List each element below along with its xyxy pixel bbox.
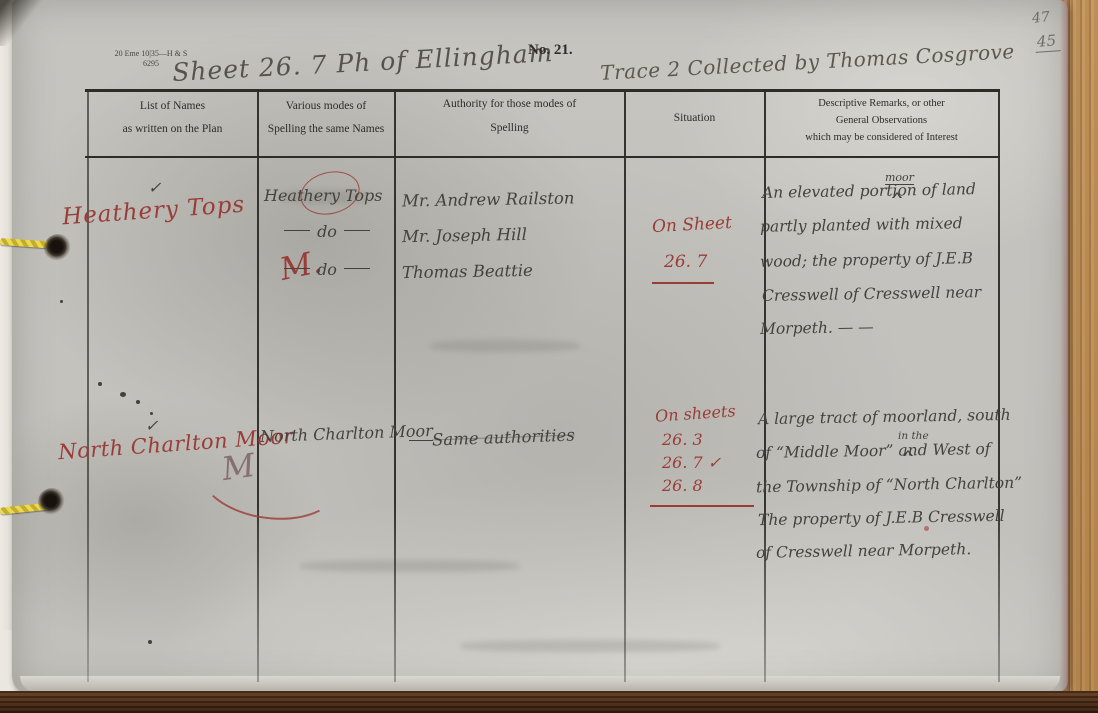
paper-speck <box>120 392 126 397</box>
ink-bleed-smudge <box>300 560 520 572</box>
column-header-names: List of Names as written on the Plan <box>88 100 257 135</box>
paper-speck <box>60 300 63 303</box>
situation-row2-line3: 26. 7 ✓ <box>662 453 721 472</box>
situation-row2-line4: 26. 8 <box>662 476 703 495</box>
spelling-row1-ditto2: do <box>262 260 392 280</box>
header-line: as written on the Plan <box>88 123 257 135</box>
binding-hole-top <box>44 234 72 262</box>
header-line: which may be considered of Interest <box>765 130 998 147</box>
situation-row1-line2: 26. 7 <box>664 252 707 272</box>
paper-speck <box>148 640 152 644</box>
desk-wood-bottom <box>0 691 1098 713</box>
situation-row2-line2: 26. 3 <box>662 430 703 449</box>
ink-bleed-smudge <box>460 640 720 652</box>
spelling-row1-line1: Heathery Tops <box>264 186 382 205</box>
ditto-text: do <box>317 222 337 241</box>
table-vline-4 <box>764 90 766 682</box>
header-line: General Observations <box>765 113 998 130</box>
column-header-situation: Situation <box>625 112 764 124</box>
binding-hole-bottom <box>38 488 66 516</box>
proof-check-row2: ✓ <box>145 416 158 435</box>
red-ink-dot <box>924 526 929 531</box>
top-left-shadow <box>0 0 120 46</box>
ditto-text: do <box>317 260 337 279</box>
remarks-row1-line3: wood; the property of J.E.B <box>760 249 973 271</box>
ink-bleed-smudge <box>430 340 580 352</box>
ditto-dash <box>284 268 310 270</box>
column-header-remarks: Descriptive Remarks, or other General Ob… <box>765 96 998 146</box>
situation-row1-line1: On Sheet <box>652 213 733 237</box>
folio-number-bottom: 45 <box>1034 31 1060 53</box>
table-header-separator <box>85 156 1000 158</box>
header-line: Situation <box>625 112 764 124</box>
paper-speck <box>136 400 140 404</box>
table-vline-1 <box>257 90 259 682</box>
ditto-dash <box>344 268 370 270</box>
ditto-dash <box>284 230 310 232</box>
page-bottom-curl <box>20 676 1060 692</box>
ditto-dash <box>344 230 370 232</box>
situation-row1-underline <box>652 282 714 284</box>
authority-row1-line3: Thomas Beattie <box>402 261 533 282</box>
remarks-row2-line5: of Cresswell near Morpeth. <box>756 540 972 562</box>
table-vline-2 <box>394 90 396 682</box>
authority-row1-line1: Mr. Andrew Railston <box>402 188 575 210</box>
header-line: Various modes of <box>258 100 394 112</box>
header-line: List of Names <box>88 100 257 112</box>
table-top-border <box>85 89 1000 92</box>
desk-scene: 47 45 20 Eme 10|35—H & S 6295 Sheet 26. … <box>0 0 1098 713</box>
header-line: Spelling the same Names <box>258 123 394 135</box>
column-header-spelling: Various modes of Spelling the same Names <box>258 100 394 135</box>
table-vline-3 <box>624 90 626 682</box>
page-stack-edge <box>1060 0 1070 700</box>
folio-number-top: 47 <box>1031 9 1050 27</box>
header-line: Spelling <box>395 122 624 134</box>
situation-row2-underline <box>650 505 754 507</box>
examiner-monogram-row2: M <box>220 446 258 488</box>
remarks-row1-line5: Morpeth. — — <box>760 318 874 338</box>
column-header-authority: Authority for those modes of Spelling <box>395 98 624 134</box>
header-line: Descriptive Remarks, or other <box>765 96 998 113</box>
paper-speck <box>98 382 102 386</box>
table-vline-left <box>87 90 89 682</box>
proof-check-row1: ✓ <box>148 178 161 197</box>
remarks-row1-line1: An elevated portion of land <box>762 180 976 202</box>
page-number-label: No. 21. <box>528 42 573 59</box>
remarks-row1-line4: Cresswell of Cresswell near <box>762 283 981 305</box>
spelling-row1-ditto1: do <box>262 222 392 242</box>
header-line: Authority for those modes of <box>395 98 624 110</box>
remarks-row1-line2: partly planted with mixed <box>760 214 963 236</box>
authority-row2-dash <box>409 440 433 442</box>
authority-row1-line2: Mr. Joseph Hill <box>402 225 527 246</box>
table-vline-right <box>998 90 1000 682</box>
paper-speck <box>150 412 153 415</box>
